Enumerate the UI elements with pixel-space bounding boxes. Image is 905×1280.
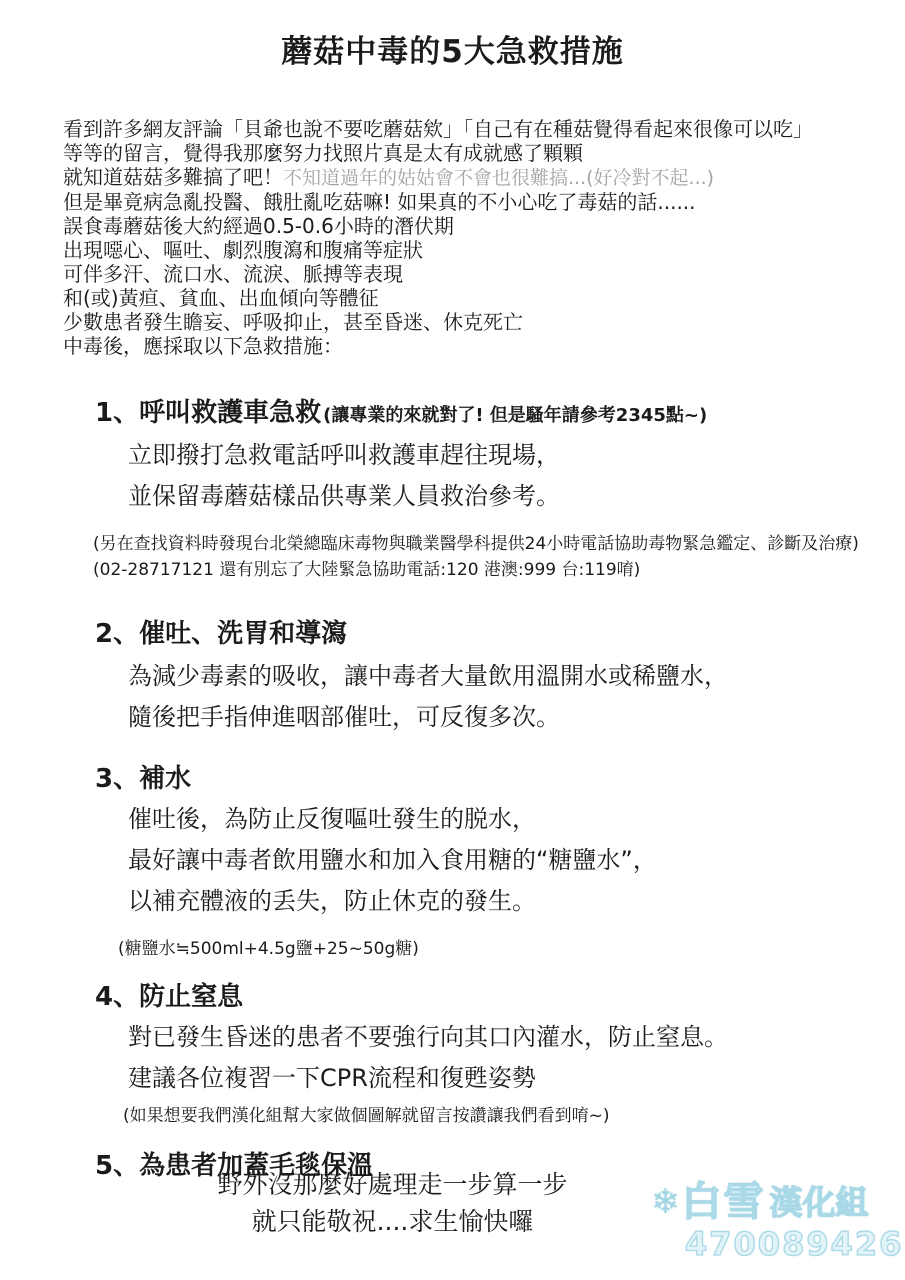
step-4-body: 對已發生昏迷的患者不要強行向其口內灌水，防止窒息。 建議各位複習一下CPR流程和… — [95, 1017, 905, 1099]
step-4-heading: 4、防止窒息 — [95, 976, 905, 1013]
step-3-body: 催吐後，為防止反復嘔吐發生的脱水， 最好讓中毒者飲用鹽水和加入食用糖的“糖鹽水”… — [95, 799, 905, 922]
step-1-note-line: (02-28717121 還有別忘了大陸緊急協助電話:120 港澳:999 台:… — [93, 557, 905, 583]
step-1-notes: (另在查找資料時發現台北榮總臨床毒物與職業醫學科提供24小時電話協助毒物緊急鑑定… — [93, 531, 905, 583]
intro-paragraph: 看到許多網友評論「貝爺也說不要吃蘑菇欸」「自己有在種菇覺得看起來很像可以吃」 等… — [63, 117, 905, 358]
watermark-group-name: 白雪 — [682, 1182, 766, 1222]
intro-line-5: 誤食毒蘑菇後大約經過0.5-0.6小時的潛伏期 — [63, 214, 905, 238]
intro-line-10: 中毒後，應採取以下急救措施： — [63, 334, 905, 358]
step-1-body: 立即撥打急救電話呼叫救護車趕往現場， 並保留毒蘑菇樣品供專業人員救治參考。 — [95, 435, 905, 517]
step-2-body: 為減少毒素的吸收，讓中毒者大量飲用溫開水或稀鹽水， 隨後把手指伸進咽部催吐，可反… — [95, 656, 905, 738]
step-4-body-line: 建議各位複習一下CPR流程和復甦姿勢 — [128, 1058, 905, 1099]
step-3-body-line: 催吐後，為防止反復嘔吐發生的脱水， — [128, 799, 905, 840]
step-2-body-line: 為減少毒素的吸收，讓中毒者大量飲用溫開水或稀鹽水， — [128, 656, 905, 697]
step-4-notes: (如果想要我們漢化組幫大家做個圖解就留言按讚讓我們看到唷~) — [123, 1103, 905, 1129]
step-4-note-line: (如果想要我們漢化組幫大家做個圖解就留言按讚讓我們看到唷~) — [123, 1103, 905, 1129]
step-3-note-line: (糖鹽水≒500ml+4.5g鹽+25~50g糖) — [118, 936, 905, 962]
step-1-heading-note: (讓專業的來就對了! 但是騷年請參考2345點~) — [323, 405, 707, 426]
intro-line-9: 少數患者發生瞻妄、呼吸抑止，甚至昏迷、休克死亡 — [63, 310, 905, 334]
step-3-notes: (糖鹽水≒500ml+4.5g鹽+25~50g糖) — [118, 936, 905, 962]
step-2-body-line: 隨後把手指伸進咽部催吐，可反復多次。 — [128, 697, 905, 738]
step-1-heading-text: 1、呼叫救護車急救 — [95, 398, 321, 428]
step-1-body-line: 立即撥打急救電話呼叫救護車趕往現場， — [128, 435, 905, 476]
step-1-body-line: 並保留毒蘑菇樣品供專業人員救治參考。 — [128, 476, 905, 517]
step-3-rehydration: 3、補水 催吐後，為防止反復嘔吐發生的脱水， 最好讓中毒者飲用鹽水和加入食用糖的… — [95, 758, 905, 962]
intro-line-6: 出現噁心、嘔吐、劇烈腹瀉和腹痛等症狀 — [63, 238, 905, 262]
page-title: 蘑菇中毒的5大急救措施 — [0, 26, 905, 71]
intro-line-4: 但是畢竟病急亂投醫、餓肚亂吃菇嘛! 如果真的不小心吃了毒菇的話...... — [63, 190, 905, 214]
intro-line-3-aside: 不知道過年的姑姑會不會也很難搞...(好冷對不起...) — [283, 167, 714, 189]
step-3-body-line: 最好讓中毒者飲用鹽水和加入食用糖的“糖鹽水”， — [128, 840, 905, 881]
step-3-heading: 3、補水 — [95, 758, 905, 795]
watermark-name-row: ❄ 白雪 漢化組 — [651, 1182, 901, 1222]
step-1-note-line: (另在查找資料時發現台北榮總臨床毒物與職業醫學科提供24小時電話協助毒物緊急鑑定… — [93, 531, 905, 557]
watermark-group-suffix: 漢化組 — [770, 1186, 869, 1219]
step-4-body-line: 對已發生昏迷的患者不要強行向其口內灌水，防止窒息。 — [128, 1017, 905, 1058]
step-2-induce-vomiting: 2、催吐、洗胃和導瀉 為減少毒素的吸收，讓中毒者大量飲用溫開水或稀鹽水， 隨後把… — [95, 613, 905, 738]
intro-line-3-main: 就知道菇菇多難搞了吧！ — [63, 165, 283, 189]
intro-line-8: 和(或)黃疸、貧血、出血傾向等體征 — [63, 286, 905, 310]
document-page: 蘑菇中毒的5大急救措施 看到許多網友評論「貝爺也說不要吃蘑菇欸」「自己有在種菇覺… — [0, 0, 905, 1280]
snowflake-icon: ❄ — [651, 1185, 680, 1219]
intro-line-3: 就知道菇菇多難搞了吧！不知道過年的姑姑會不會也很難搞...(好冷對不起...) — [63, 165, 905, 190]
translator-watermark: ❄ 白雪 漢化組 470089426 — [651, 1182, 901, 1260]
intro-line-2: 等等的留言，覺得我那麼努力找照片真是太有成就感了顆顆 — [63, 141, 905, 165]
step-1-call-ambulance: 1、呼叫救護車急救(讓專業的來就對了! 但是騷年請參考2345點~) 立即撥打急… — [95, 392, 905, 583]
intro-line-7: 可伴多汗、流口水、流淚、脈搏等表現 — [63, 262, 905, 286]
step-2-heading: 2、催吐、洗胃和導瀉 — [95, 613, 905, 650]
step-1-heading: 1、呼叫救護車急救(讓專業的來就對了! 但是騷年請參考2345點~) — [95, 392, 905, 429]
watermark-group-id: 470089426 — [685, 1228, 901, 1260]
step-3-body-line: 以補充體液的丢失，防止休克的發生。 — [128, 881, 905, 922]
intro-line-1: 看到許多網友評論「貝爺也說不要吃蘑菇欸」「自己有在種菇覺得看起來很像可以吃」 — [63, 117, 905, 141]
step-4-prevent-choking: 4、防止窒息 對已發生昏迷的患者不要強行向其口內灌水，防止窒息。 建議各位複習一… — [95, 976, 905, 1129]
